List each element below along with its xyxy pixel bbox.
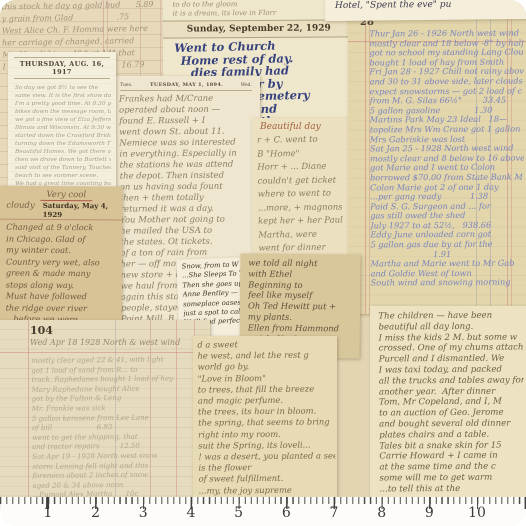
journal-page-children: The children — have beenbeautiful all da…: [370, 306, 526, 497]
text-line: the spring, that seems to bring: [198, 417, 335, 429]
handwriting-lines: mostly clear aged 22 & 41, with lightgot…: [31, 355, 207, 497]
text-line: 7: [310, 505, 358, 521]
text-line: Country very wet, also: [6, 256, 118, 268]
note-cloudy: cloudy: [6, 201, 34, 211]
text-line: ! was a desert, you planted a seed: [198, 450, 335, 462]
text-line: Martha, were: [258, 228, 352, 243]
text-line: we got a fine view of Elza Jefferson,: [15, 116, 111, 124]
text-line: mostly clear and 8 below to 16 above: [370, 153, 524, 163]
text-line: 6: [262, 505, 310, 521]
entry-first-line: Wed Apr 18 1928 North & west wind: [30, 338, 206, 347]
page-number: 104: [30, 324, 53, 337]
text-line: couldn't get ticket: [257, 174, 351, 189]
text-line: bikes down the message room, then: [15, 108, 111, 116]
note-strip-hotel: Hotel, "Spent the eve" pu: [325, 0, 526, 21]
text-line: r + C. went to: [257, 133, 351, 148]
diary-page-thursday-1917: THURSDAY, AUG. 16, 1917 So day we got 8½…: [8, 52, 116, 198]
red-rule: [28, 320, 29, 497]
text-line: same view. It is the first show day, we: [15, 92, 111, 100]
text-line: Illinois and Wisconsin. At 9:30 we: [15, 124, 111, 132]
journal-page-love-in-bloom: d a sweethe west, and let the rest gworl…: [193, 336, 337, 497]
prev-day-label: Tues.: [120, 83, 132, 88]
text-line: 4: [167, 505, 215, 521]
ledger-page-104: 104 Wed Apr 18 1928 North & west wind mo…: [0, 320, 210, 497]
inch-ruler: 12345678910: [0, 497, 526, 526]
date-header: THURSDAY, AUG. 16, 1917: [14, 57, 110, 79]
text-line: ...my, the joy supreme: [199, 484, 336, 496]
note-very-cool: Very cool: [40, 190, 92, 201]
handwriting-lines: The children — have beenbeautiful all da…: [370, 306, 526, 495]
text-line: Purcell and I dismantled. We: [379, 354, 524, 366]
text-line: stops along way.: [6, 279, 118, 291]
text-line: my plants.: [248, 312, 358, 324]
text-line: I'm a pretty good time. At 8:30 group: [15, 100, 111, 108]
text-line: said visit of the Tannery, Touched the: [15, 164, 111, 172]
text-line: where to went to: [258, 187, 352, 202]
ledger-page-28: 28 Thur Jan 26 - 1926 North west windmos…: [348, 14, 526, 314]
ruler-numbers: 12345678910: [24, 505, 501, 521]
text-line: Changed at 9 o'clock: [6, 222, 118, 234]
text-line: my winter coat.: [6, 245, 118, 257]
text-line: Martha and Marie went to Mr Gab: [371, 259, 525, 269]
text-line: 8: [358, 505, 406, 521]
text-line: So day we got 8½ to see the: [15, 84, 111, 92]
text-line: Must have followed: [6, 291, 118, 303]
date-header-row: cloudy Saturday, May 4, 1929: [0, 201, 122, 221]
text-line: 10: [453, 505, 501, 521]
text-line: the ridge over river: [6, 302, 118, 314]
text-line: 3: [119, 505, 167, 521]
red-rule: [365, 14, 366, 314]
text-line: Ellen from Hammond: [248, 322, 358, 334]
diary-page-saturday-1929: Very cool cloudy Saturday, May 4, 1929 C…: [0, 186, 123, 335]
text-line: Hotel, "Spent the eve" pu: [335, 0, 526, 12]
text-line: ...Fumaid Alex Martha 10c: [33, 489, 207, 497]
next-day-label: Wed.: [241, 83, 252, 88]
text-line: in Chicago. Glad of: [6, 233, 118, 245]
text-line: South wind and snowing morning: [371, 278, 525, 288]
red-rule: [0, 352, 210, 353]
text-line: beach to see summer scene.: [15, 172, 111, 180]
text-line: turning down the Edamsworth Trail to: [15, 140, 111, 148]
text-line: we told all night: [248, 258, 358, 270]
text-line: ...more, + magnons: [258, 201, 352, 216]
text-line: started down the Crawford Bridal Path,: [15, 132, 111, 140]
text-line: topolize Mrs Wm Crane got 1 gallon: [370, 125, 524, 135]
text-line: B "Home": [257, 147, 351, 162]
text-line: all the trucks and tables away for: [379, 375, 524, 387]
date-header-row: Tues. TUESDAY, MAY 1, 1894. Wed.: [120, 82, 252, 91]
text-line: 5: [215, 505, 263, 521]
text-line: Beautiful Homes. We got there at 4.: [15, 148, 111, 156]
handwriting-lines: So day we got 8½ to see thesame view. It…: [8, 81, 116, 198]
heading-beautiful-day: Beautiful day: [252, 118, 354, 132]
text-line: with Ethel: [248, 268, 358, 280]
text-line: 2: [72, 505, 120, 521]
fabric-collage: this stock he day ag gold bud 5.89y grai…: [0, 0, 526, 497]
weather-note: Very cool: [0, 186, 123, 202]
text-line: Horr + ... Diane: [257, 160, 351, 175]
text-line: green & made many: [6, 268, 118, 280]
text-line: then we drove down to Bartlett when: [15, 156, 111, 164]
text-line: 1: [24, 505, 72, 521]
text-line: it is a dream, its love in Florr: [173, 8, 349, 18]
text-line: borrowed $70.00 from State Bank M: [370, 173, 524, 183]
handwriting-lines: Changed at 9 o'clockin Chicago. Glad ofm…: [0, 220, 122, 335]
handwriting-lines: d a sweethe west, and let the rest gworl…: [193, 336, 337, 496]
handwriting-lines: Hotel, "Spent the eve" pu: [325, 0, 526, 12]
text-line: kept her + her Paul: [258, 214, 352, 229]
date-header: TUESDAY, MAY 1, 1894.: [150, 82, 223, 88]
fabric-swatch-photo: this stock he day ag gold bud 5.89y grai…: [0, 0, 526, 526]
text-line: and bought several old dinner: [379, 418, 524, 430]
handwriting-lines: Thur Jan 26 - 1926 North west windmostly…: [369, 29, 524, 289]
text-line: 9: [406, 505, 454, 521]
date-header: Saturday, May 4, 1929: [43, 201, 117, 220]
text-line: ...to tell this at the: [380, 483, 525, 495]
text-line: from M. G. Silas 66½° 33.45: [370, 96, 524, 106]
text-line: in everything. Especially in: [119, 148, 255, 160]
